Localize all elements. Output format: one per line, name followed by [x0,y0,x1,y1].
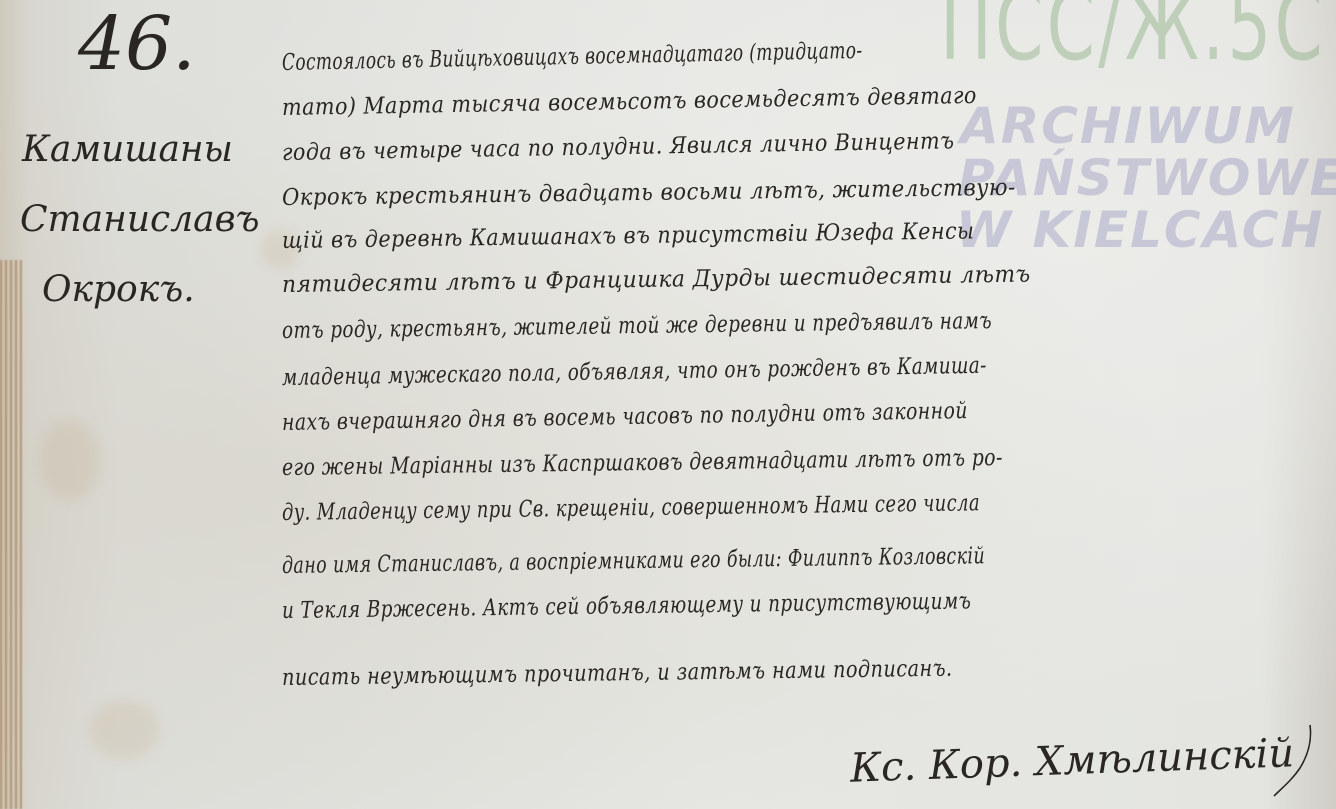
body-line-9: нахъ вчерашняго дня въ восемь часовъ по … [282,398,968,436]
body-line-2: тато) Марта тысяча восемьсотъ восемьдеся… [282,83,977,121]
body-line-8: младенца мужескаго пола, объявляя, что о… [282,353,987,391]
archive-stamp: ПСС/Ж.5С [940,0,1326,82]
body-line-1: Состоялось въ Вийцѣховицахъ восемнадцата… [282,38,863,76]
signature-flourish-icon [1270,720,1320,800]
scanned-document-page: ПСС/Ж.5С ARCHIWUM PAŃSTWOWE W KIELCACH 4… [0,0,1336,809]
page-binding-edge [0,260,22,809]
paper-stain [90,700,160,760]
margin-village: Камишаны [22,130,233,170]
body-line-3: года въ четыре часа по полудни. Явился л… [282,128,955,166]
priest-signature: Кс. Кор. Хмѣлинскій [849,730,1295,791]
body-line-7: отъ роду, крестьянъ, жителей той же дере… [282,308,992,344]
act-number: 46. [78,4,196,84]
margin-surname: Окрокъ. [42,270,195,310]
body-line-13: и Текля Вржесень. Актъ сей объявляющему … [282,588,972,624]
body-line-4: Окрокъ крестьянинъ двадцать восьми лѣтъ,… [282,175,1016,211]
margin-given-name: Станиславъ [20,200,260,240]
body-line-11: ду. Младенцу сему при Св. крещеніи, сове… [282,490,980,526]
body-line-5: щій въ деревнѣ Камишанахъ въ присутствіи… [282,218,975,254]
body-line-10: его жены Маріанны изъ Каспршаковъ девятн… [282,445,1003,481]
archive-watermark: ARCHIWUM PAŃSTWOWE W KIELCACH [960,100,1336,256]
watermark-line: ARCHIWUM [960,100,1336,152]
body-line-14: писать неумѣющимъ прочитанъ, и затѣмъ на… [282,656,953,691]
body-line-6: пятидесяти лѣтъ и Францишка Дурды шестид… [282,262,1031,298]
body-line-12: дано имя Станиславъ, а воспріемниками ег… [282,543,985,579]
paper-stain [40,420,100,500]
watermark-line: W KIELCACH [956,204,1336,256]
